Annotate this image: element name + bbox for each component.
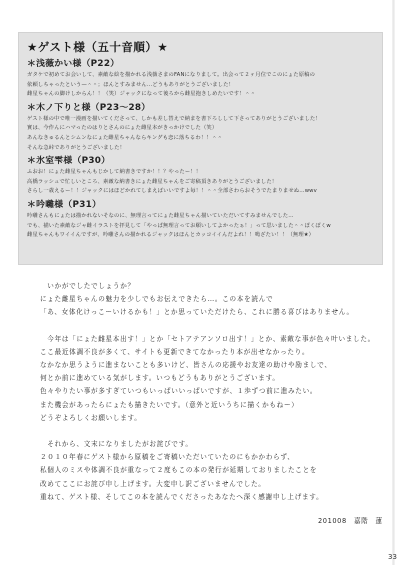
afterword-line: いかがでしたでしょうか？: [40, 280, 380, 293]
guest-section-asabi: ＊浅薇かい様（P22） ガタケで初めてお会いして、素敵な絵を描かれる浅薇さまのF…: [27, 58, 375, 100]
paragraph-gap: [40, 320, 380, 333]
section-text-line: 實は、今作んにハマったのはりとさんのにょた雌星本がきっかけでした（笑）: [27, 124, 375, 134]
afterword-line: ここ最近体調不良が多くて、サイトも更新できてなかったり本が出せなかったり。: [40, 346, 380, 359]
section-text-line: 高橋ラッシュで忙しいところ、素敵な納書きにょた雌星ちゃんをご寄稿頂きありがとうご…: [27, 178, 375, 188]
paragraph-gap: [40, 425, 380, 438]
afterword-line: 改めてここにお詫び申し上げます。大変申し訳ございませんでした。: [40, 478, 380, 491]
section-text-line: ゲスト様の中で唯一漫画を描いてくださって、しかも差し替えで納まを書下ろしして下さ…: [27, 115, 375, 125]
section-text-line: 依頼しちゃったという—＾＾；ほんとすみません…どうもありがとうございました！: [27, 81, 375, 91]
section-heading: ＊木ノ下りと様（P23～28）: [27, 102, 375, 115]
afterword: いかがでしたでしょうか？ にょた雌星ちゃんの魅力を少しでもお伝えできたら…。この…: [40, 280, 380, 504]
section-text-line: そんな急峠でありがとうございました！: [27, 144, 375, 154]
guest-section-ginbayashi: ＊吟囃様（P31） 吟囃さんもにょたは描かれないそなのに、無理言ってにょた雌星ち…: [27, 199, 375, 241]
section-text-line: でも、描いた素敵なジャ雌イラストを拝見して「やっぱ無理言ってお願いしてよかったぁ…: [27, 222, 375, 232]
guest-section-kinoshita: ＊木ノ下りと様（P23～28） ゲスト様の中で唯一漫画を描いてくださって、しかも…: [27, 102, 375, 153]
afterword-line: 何とか前に進めている気がします。いつもどうもありがとうございます。: [40, 372, 380, 385]
section-heading: ＊吟囃様（P31）: [27, 199, 375, 212]
page-edge-shadow: [392, 0, 395, 565]
afterword-line: にょた雌星ちゃんの魅力を少しでもお伝えできたら…。この本を読んで: [40, 293, 380, 306]
afterword-line: なかなか思うように進まないことも多いけど、皆さんの応援やお友達の助けや励ましで、: [40, 359, 380, 372]
afterword-line: 「あ、女体化けっこーいけるかも！」とか思っていただけたら、これに勝る喜びはありま…: [40, 306, 380, 319]
guest-section-himuro: ＊氷室雫様（P30） ふおお！にょた雌星ちゃんもじかして納書きですか！！？やった…: [27, 155, 375, 197]
page-number: 33: [388, 553, 397, 561]
section-text-line: 吟囃さんもにょたは描かれないそなのに、無理言ってにょた雌星ちゃん描いていただいて…: [27, 212, 375, 222]
afterword-line: 私個人のミスや体調不良が重なって２度もこの本の発行が延期しておりましたことを: [40, 464, 380, 477]
section-text-line: 雌星ちゃんの脚けしからん！！（笑）ジャックになって後ろから雌星抱きしめたいです！…: [27, 90, 375, 100]
section-text-line: ガタケで初めてお会いして、素敵な絵を描かれる浅薇さまのFANになりまして。出会っ…: [27, 71, 375, 81]
section-heading: ＊氷室雫様（P30）: [27, 155, 375, 168]
afterword-line: また機会があったらにょたも描きたいです。（意外と近いうちに描くかもねー）: [40, 399, 380, 412]
section-heading: ＊浅薇かい様（P22）: [27, 58, 375, 71]
section-text-line: あんなきゅるんとシムンなにょた雌星ちゃんならキングも恋に落ちるわ！！＾＾: [27, 134, 375, 144]
afterword-line: 今年は「にょた雌星本出す！」とか「セトアテアンソロ出す！」とか、素敵な事が色々叶…: [40, 333, 380, 346]
section-text-line: 雌星ちゃんもワイイんですが、吟囃さんの描かれるジャックはほんとカッコイイんだよれ…: [27, 231, 375, 241]
guest-box-title: ★ゲスト様（五十音順）★: [27, 39, 375, 56]
date-signature: 201008 嘉階 蓮: [318, 515, 383, 525]
afterword-line: ２０１０年春にゲスト様から原稿をご寄稿いただいていたのにもかかわらず、: [40, 451, 380, 464]
afterword-line: 色々やりたい事が多すぎていつもいっぱいいっぱいですが、１歩ずつ前に進みたい。: [40, 385, 380, 398]
section-text-line: ふおお！にょた雌星ちゃんもじかして納書きですか！！？やったー！！: [27, 168, 375, 178]
guest-credits-box: ★ゲスト様（五十音順）★ ＊浅薇かい様（P22） ガタケで初めてお会いして、素敵…: [18, 32, 383, 265]
afterword-line: どうぞよろしくお願いします。: [40, 412, 380, 425]
section-text-line: さらし一歳えるー！！ジャックにはほどかれてしまえばいいですよ毎！！＾＾全部さわら…: [27, 187, 375, 197]
afterword-line: それから、文末になりましたがお詫びです。: [40, 438, 380, 451]
afterword-line: 重ねて、ゲスト様、そしてこの本を読んでくださったあなたへ深く感謝申し上げます。: [40, 491, 380, 504]
